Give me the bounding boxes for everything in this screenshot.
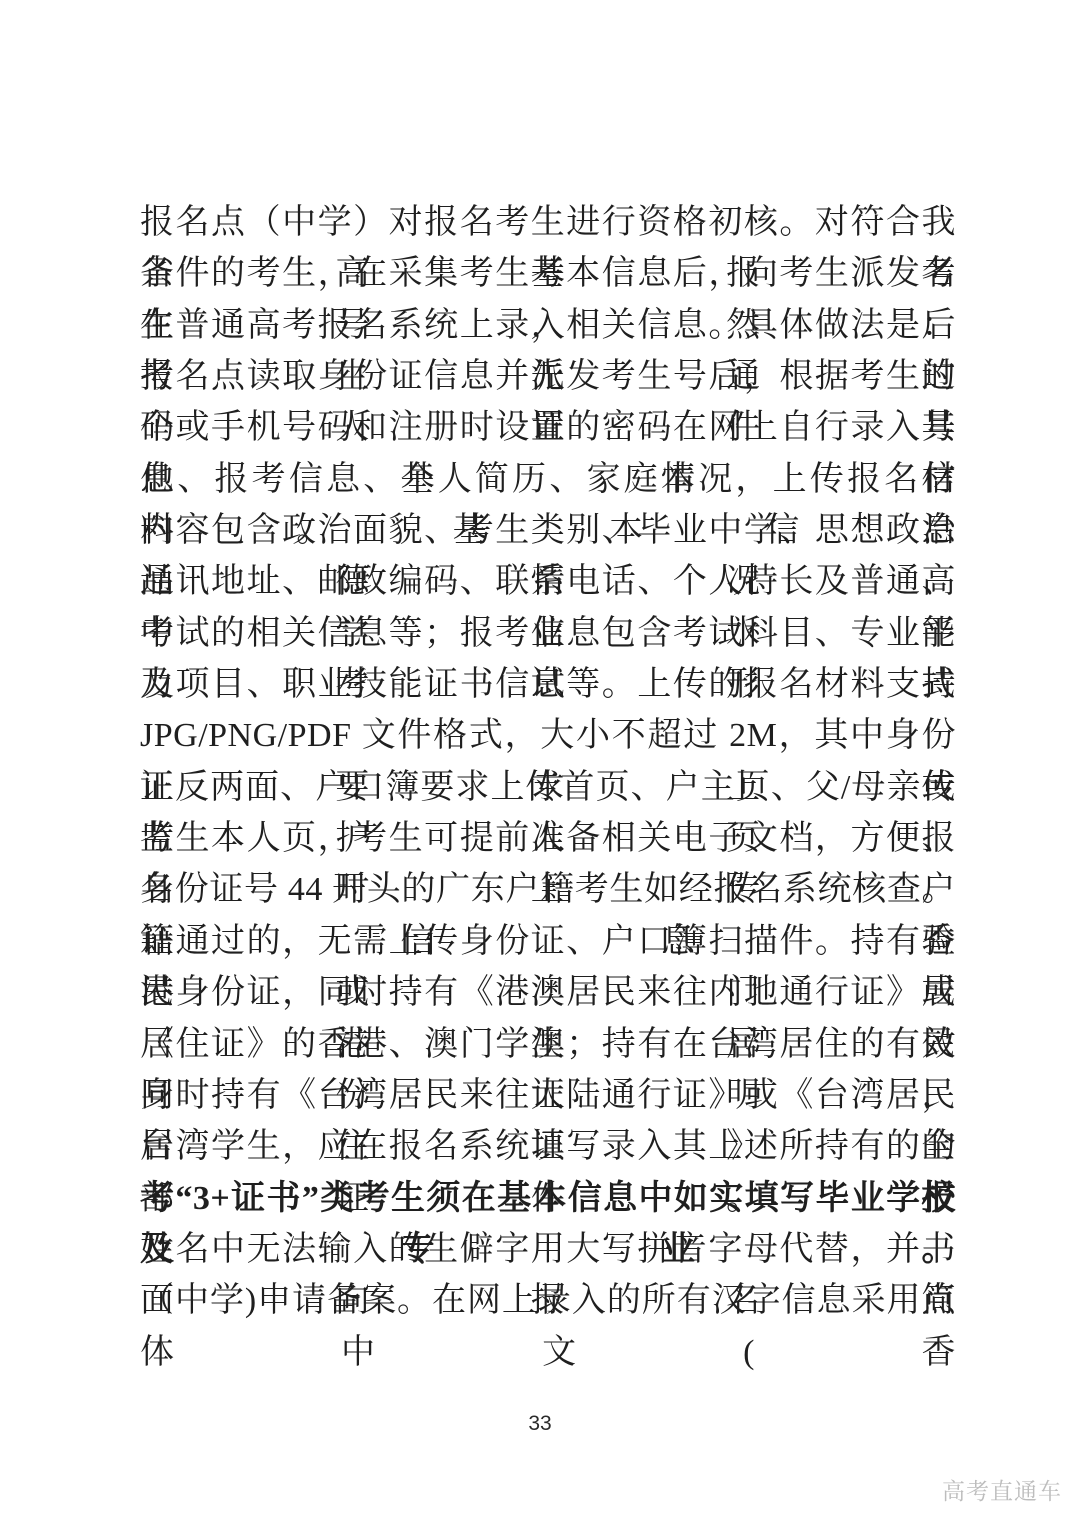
text-line: 姓名中无法输入的生僻字用大写拼音字母代替，并书面向报名点 — [140, 1224, 956, 1275]
text-line: 同时持有《台湾居民来往大陆通行证》或《台湾居民居住证》的 — [140, 1070, 956, 1121]
document-page: 报名点（中学）对报名考生进行资格初核。对符合我省高考报名条件的考生，在采集考生基… — [0, 0, 1080, 1528]
text-line: 报名点读取身份证信息并派发考生号后，根据考生的个人证件号 — [140, 351, 956, 402]
page-number: 33 — [0, 1412, 1080, 1436]
text-segment: （中学)申请备案。在网上录入的所有汉字信息采用简体中文(香 — [140, 1282, 956, 1370]
text-line: 码或手机号码和注册时设置的密码在网上自行录入其他基本信 — [140, 402, 956, 453]
text-line: 考“3+证书”类考生须在基本信息中如实填写毕业学校及专业。 — [140, 1173, 956, 1224]
text-line: 报名点（中学）对报名考生进行资格初核。对符合我省高考报名 — [140, 197, 956, 248]
text-line: 条件的考生，在采集考生基本信息后，向考生派发考生号，然后 — [140, 248, 956, 299]
text-line: 考试的相关信息等；报考信息包含考试科目、专业能力考试形式 — [140, 608, 956, 659]
text-line: 证通过的，无需上传身份证、户口簿扫描件。持有香港或澳门居 — [140, 916, 956, 967]
text-line: 及项目、职业技能证书信息等。上传的报名材料支持 — [140, 659, 956, 710]
text-line: 正反两面、户口簿要求上传首页、户主页、父/母亲或监护人页、 — [140, 762, 956, 813]
text-line: 在普通高考报名系统上录入相关信息。具体做法是：考生先通过 — [140, 300, 956, 351]
text-line: 身份证号 44 开头的广东户籍考生如经报名系统核查户籍信息验 — [140, 864, 956, 915]
body-text-block: 报名点（中学）对报名考生进行资格初核。对符合我省高考报名条件的考生，在采集考生基… — [140, 197, 956, 1327]
text-line: 居住证》的香港、澳门学生；持有在台湾居住的有效身份证明， — [140, 1019, 956, 1070]
text-line: 民身份证，同时持有《港澳居民来往内地通行证》或《港澳居民 — [140, 967, 956, 1018]
text-line: 台湾学生，应在报名系统填写录入其上述所持有的全部证件。报 — [140, 1121, 956, 1172]
watermark: 高考直通车 — [942, 1473, 1062, 1506]
text-line: （中学)申请备案。在网上录入的所有汉字信息采用简体中文(香 — [140, 1275, 956, 1326]
text-line: JPG/PNG/PDF 文件格式，大小不超过 2M，其中身份证要求上传 — [140, 710, 956, 761]
text-line: 考生本人页，考生可提前准备相关电子文档，方便报名时上传。 — [140, 813, 956, 864]
text-segment: 及项目、职业技能证书信息等。上传的报名材料支持 — [140, 666, 956, 703]
text-line: 内容包含政治面貌、考生类别、毕业中学、思想政治品德情况、 — [140, 505, 956, 556]
text-line: 通讯地址、邮政编码、联系电话、个人特长及普通高中学业水平 — [140, 556, 956, 607]
text-line: 息、报考信息、个人简历、家庭情况，上传报名材料。基本信息 — [140, 454, 956, 505]
